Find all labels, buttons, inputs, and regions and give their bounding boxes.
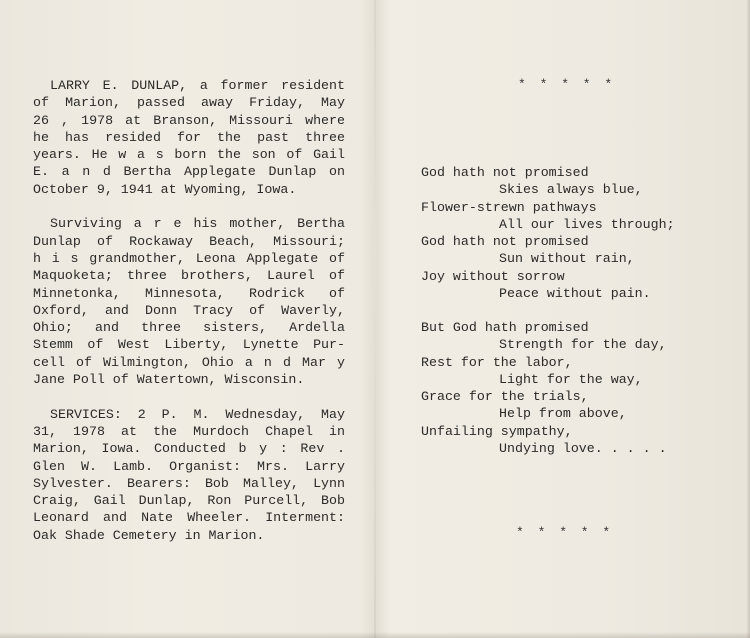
obituary-line: Minnetonka, Minnesota, Rodrick of — [33, 285, 345, 302]
obituary-line: Oak Shade Cemetery in Marion. — [33, 527, 345, 544]
poem-line: God hath not promised — [421, 164, 741, 181]
paper-edge-right — [746, 0, 750, 638]
poem-line: Joy without sorrow — [421, 268, 741, 285]
poem-line: Skies always blue, — [421, 181, 741, 198]
obituary-line: Surviving a r e his mother, Bertha — [33, 215, 345, 232]
obituary-line: LARRY E. DUNLAP, a former resident — [33, 77, 345, 94]
obituary-line: Jane Poll of Watertown, Wisconsin. — [33, 371, 345, 388]
obituary-line: Glen W. Lamb. Organist: Mrs. Larry — [33, 458, 345, 475]
obituary-paragraph-survivors: Surviving a r e his mother, BerthaDunlap… — [33, 215, 345, 388]
obituary-line: Maquoketa; three brothers, Laurel of — [33, 267, 345, 284]
bottom-ornament: * * * * * — [516, 525, 613, 540]
obituary-line: Ohio; and three sisters, Ardella — [33, 319, 345, 336]
obituary-line: years. He w a s born the son of Gail — [33, 146, 345, 163]
obituary-line: of Marion, passed away Friday, May — [33, 94, 345, 111]
obituary-line: Leonard and Nate Wheeler. Interment: — [33, 509, 345, 526]
poem-stanza-1: God hath not promisedSkies always blue,F… — [421, 164, 741, 302]
obituary-paragraph-services: SERVICES: 2 P. M. Wednesday, May31, 1978… — [33, 406, 345, 544]
obituary-line: Sylvester. Bearers: Bob Malley, Lynn — [33, 475, 345, 492]
obituary-paragraph-intro: LARRY E. DUNLAP, a former residentof Mar… — [33, 77, 345, 198]
obituary-line: cell of Wilmington, Ohio a n d Mar y — [33, 354, 345, 371]
obituary-line: SERVICES: 2 P. M. Wednesday, May — [33, 406, 345, 423]
obituary-line: October 9, 1941 at Wyoming, Iowa. — [33, 181, 345, 198]
funeral-card-sheet: LARRY E. DUNLAP, a former residentof Mar… — [0, 0, 750, 638]
poem-line: Peace without pain. — [421, 285, 741, 302]
poem-line: But God hath promised — [421, 319, 741, 336]
top-ornament: * * * * * — [518, 77, 615, 92]
paper-edge-bottom — [0, 632, 750, 638]
obituary-line: Craig, Gail Dunlap, Ron Purcell, Bob — [33, 492, 345, 509]
poem-line: Strength for the day, — [421, 336, 741, 353]
poem-stanza-2: But God hath promisedStrength for the da… — [421, 319, 741, 457]
poem-line: All our lives through; — [421, 216, 741, 233]
obituary-line: Stemm of West Liberty, Lynette Pur- — [33, 336, 345, 353]
poem-line: Sun without rain, — [421, 250, 741, 267]
poem-line: Unfailing sympathy, — [421, 423, 741, 440]
obituary-line: E. a n d Bertha Applegate Dunlap on — [33, 163, 345, 180]
center-fold — [374, 0, 376, 638]
obituary-line: 31, 1978 at the Murdoch Chapel in — [33, 423, 345, 440]
poem-line: Rest for the labor, — [421, 354, 741, 371]
poem-line: Flower-strewn pathways — [421, 199, 741, 216]
obituary-line: h i s grandmother, Leona Applegate of — [33, 250, 345, 267]
obituary-line: Marion, Iowa. Conducted b y : Rev . — [33, 440, 345, 457]
poem-line: Undying love. . . . . — [421, 440, 741, 457]
obituary-line: Oxford, and Donn Tracy of Waverly, — [33, 302, 345, 319]
obituary-line: he has resided for the past three — [33, 129, 345, 146]
obituary-page: LARRY E. DUNLAP, a former residentof Mar… — [33, 77, 345, 561]
poem-line: Grace for the trials, — [421, 388, 741, 405]
obituary-line: Dunlap of Rockaway Beach, Missouri; — [33, 233, 345, 250]
obituary-line: 26 , 1978 at Branson, Missouri where — [33, 112, 345, 129]
poem-line: God hath not promised — [421, 233, 741, 250]
poem-line: Help from above, — [421, 405, 741, 422]
poem-line: Light for the way, — [421, 371, 741, 388]
